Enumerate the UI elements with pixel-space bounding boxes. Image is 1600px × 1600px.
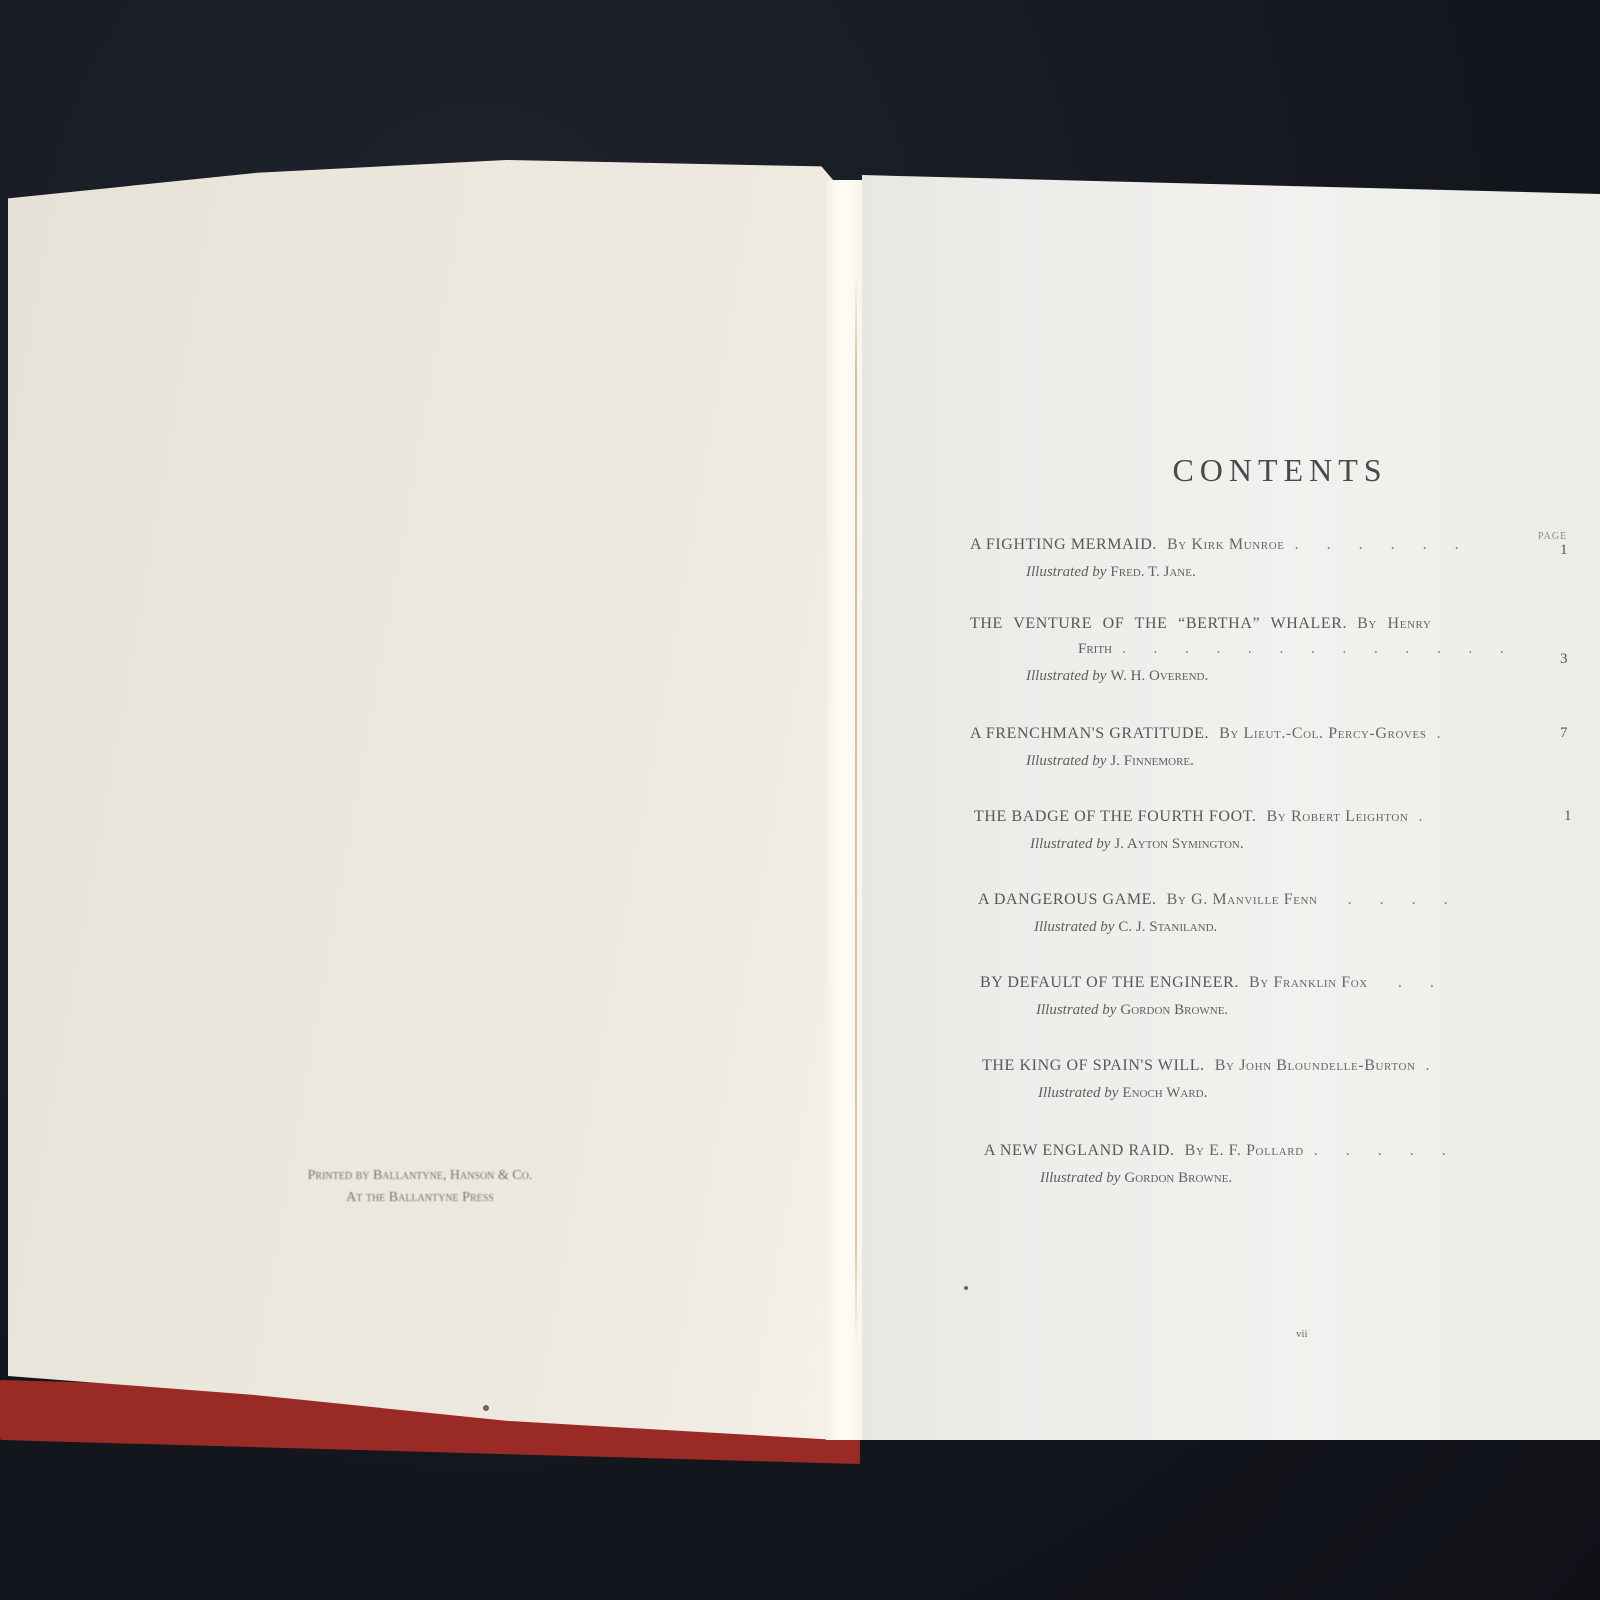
entry-title: THE VENTURE OF THE “BERTHA” WHALER.	[970, 615, 1347, 632]
gutter-binding-line	[855, 270, 857, 1350]
printer-imprint: Printed by Ballantyne, Hanson & Co. At t…	[230, 1165, 610, 1209]
illustrator-name: Enoch Ward.	[1122, 1085, 1207, 1101]
illustrator-name: Gordon Browne.	[1120, 1002, 1228, 1018]
illustrator-name: C. J. Staniland.	[1118, 919, 1217, 935]
imprint-line-2: At the Ballantyne Press	[230, 1187, 610, 1209]
entry-author: By G. Manville Fenn	[1167, 891, 1318, 908]
illustrator-name: Gordon Browne.	[1124, 1170, 1232, 1186]
leader-dots: . . . . . .	[1295, 536, 1471, 553]
entry-author: By Lieut.-Col. Percy-Groves	[1219, 725, 1426, 742]
toc-entry: THE KING OF SPAIN'S WILL.By John Blounde…	[982, 1057, 1600, 1102]
paper-speck	[964, 1286, 968, 1290]
illustrated-by-label: Illustrated by	[1026, 668, 1106, 684]
illustrator-line: Illustrated byGordon Browne.	[980, 1002, 1600, 1019]
leader-dots: .	[1426, 1057, 1442, 1074]
illustrated-by-label: Illustrated by	[1026, 753, 1106, 769]
entry-author: By Franklin Fox	[1249, 974, 1368, 991]
table-of-contents: A FIGHTING MERMAID.By Kirk Munroe. . . .…	[970, 536, 1600, 1215]
illustrator-line: Illustrated byFred. T. Jane.	[970, 564, 1600, 581]
toc-entry: A DANGEROUS GAME.By G. Manville Fenn. . …	[978, 891, 1600, 936]
illustrator-line: Illustrated byJ. Finnemore.	[970, 753, 1600, 770]
illustrated-by-label: Illustrated by	[1040, 1170, 1120, 1186]
illustrator-name: J. Finnemore.	[1110, 753, 1193, 769]
illustrated-by-label: Illustrated by	[1036, 1002, 1116, 1018]
entry-title: THE KING OF SPAIN'S WILL.	[982, 1057, 1205, 1074]
contents-heading: CONTENTS	[1130, 452, 1430, 489]
illustrator-line: Illustrated byEnoch Ward.	[982, 1085, 1600, 1102]
leader-dots: .	[1437, 725, 1453, 742]
entry-author: By John Bloundelle-Burton	[1215, 1057, 1416, 1074]
entry-page-number: 3	[1560, 651, 1568, 668]
entry-title: THE BADGE OF THE FOURTH FOOT.	[974, 808, 1257, 825]
entry-page-number: 1	[1564, 808, 1572, 825]
illustrator-line: Illustrated byW. H. Overend.	[970, 668, 1600, 685]
entry-author: By E. F. Pollard	[1185, 1142, 1304, 1159]
book-gutter	[826, 180, 866, 1440]
illustrated-by-label: Illustrated by	[1026, 564, 1106, 580]
entry-page-number: 7	[1560, 725, 1568, 742]
entry-title: A FRENCHMAN'S GRATITUDE.	[970, 725, 1209, 742]
entry-page-number: 1	[1560, 542, 1568, 559]
entry-title: A FIGHTING MERMAID.	[970, 536, 1157, 553]
illustrated-by-label: Illustrated by	[1030, 836, 1110, 852]
entry-title: A NEW ENGLAND RAID.	[984, 1142, 1175, 1159]
toc-entry: A FRENCHMAN'S GRATITUDE.By Lieut.-Col. P…	[970, 725, 1600, 770]
illustrator-name: J. Ayton Symington.	[1114, 836, 1243, 852]
left-page	[8, 160, 838, 1440]
leader-dots: .	[1418, 808, 1434, 825]
entry-title: A DANGEROUS GAME.	[978, 891, 1157, 908]
toc-entry: A FIGHTING MERMAID.By Kirk Munroe. . . .…	[970, 536, 1600, 581]
entry-author: By Henry	[1357, 615, 1431, 632]
leader-dots: . . . . .	[1314, 1142, 1458, 1159]
leader-dots: . . . .	[1348, 891, 1460, 908]
imprint-line-1: Printed by Ballantyne, Hanson & Co.	[230, 1165, 610, 1187]
illustrator-line: Illustrated byGordon Browne.	[984, 1170, 1600, 1187]
illustrator-line: Illustrated byC. J. Staniland.	[978, 919, 1600, 936]
entry-title: BY DEFAULT OF THE ENGINEER.	[980, 974, 1239, 991]
illustrator-name: W. H. Overend.	[1110, 668, 1208, 684]
toc-entry: A NEW ENGLAND RAID.By E. F. Pollard. . .…	[984, 1142, 1600, 1187]
entry-author-continued: Frith	[1078, 641, 1112, 657]
paper-speck	[483, 1405, 489, 1411]
entry-author: By Kirk Munroe	[1167, 536, 1285, 553]
illustrator-name: Fred. T. Jane.	[1110, 564, 1195, 580]
toc-entry: THE BADGE OF THE FOURTH FOOT.By Robert L…	[974, 808, 1600, 853]
toc-entry: THE VENTURE OF THE “BERTHA” WHALER.By He…	[970, 615, 1600, 685]
illustrated-by-label: Illustrated by	[1034, 919, 1114, 935]
toc-entry: BY DEFAULT OF THE ENGINEER.By Franklin F…	[980, 974, 1600, 1019]
leader-dots: . .	[1398, 974, 1446, 991]
leader-dots: . . . . . . . . . . . . .	[1122, 641, 1516, 657]
entry-author: By Robert Leighton	[1267, 808, 1409, 825]
page-folio: vii	[1296, 1328, 1308, 1340]
illustrator-line: Illustrated byJ. Ayton Symington.	[974, 836, 1600, 853]
illustrated-by-label: Illustrated by	[1038, 1085, 1118, 1101]
